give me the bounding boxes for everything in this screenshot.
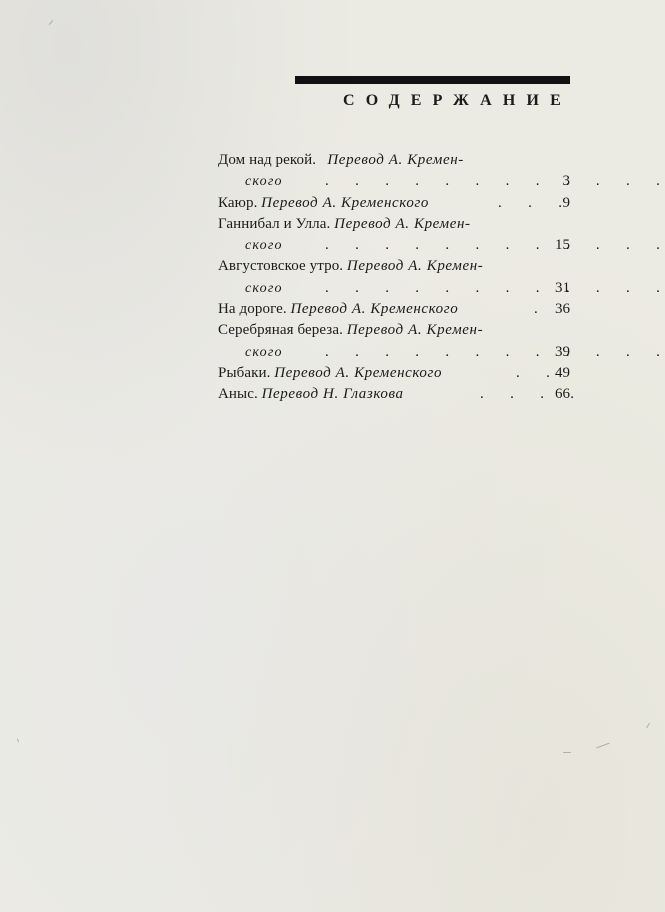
heading-rule <box>295 76 570 84</box>
toc-entry-continuation: ского . . . . . . . . . . . . 3 <box>218 171 570 192</box>
dot-leader: . . . . . . . . . . . . <box>325 342 665 363</box>
paper-background <box>0 0 665 912</box>
toc-entry-continuation: ского . . . . . . . . . . . . 39 <box>218 342 570 363</box>
toc-entry: Ганнибал и Улла. Перевод А. Кремен- <box>218 214 570 235</box>
table-of-contents: Дом над рекой. Перевод А. Кремен- ского … <box>218 150 570 406</box>
entry-title: Рыбаки. <box>218 365 270 381</box>
toc-entry: Каюр. Перевод А. Кременского . . . 9 <box>218 193 570 214</box>
entry-title: Ганнибал и Улла. <box>218 216 330 232</box>
dot-leader: . . . . . . . . . . . . <box>325 171 665 192</box>
page-number: 36 <box>555 299 570 320</box>
entry-translator-cont: ского <box>245 238 283 253</box>
toc-entry-continuation: ского . . . . . . . . . . . . 31 <box>218 278 570 299</box>
toc-entry: Дом над рекой. Перевод А. Кремен- <box>218 150 570 171</box>
dot-leader: . . . . . . . . . . . . <box>325 235 665 256</box>
entry-title: Дом над рекой. <box>218 152 316 168</box>
entry-title: Серебряная береза. <box>218 322 343 338</box>
entry-translator-cont: ского <box>245 345 283 360</box>
entry-translator: Перевод А. Кремен- <box>347 322 483 338</box>
page-number: 66 <box>555 384 570 405</box>
paper-speck <box>17 738 19 742</box>
page-number: 39 <box>555 342 570 363</box>
entry-translator-cont: ского <box>245 281 283 296</box>
entry-translator: Перевод А. Кременского <box>290 301 458 317</box>
toc-entry: На дороге. Перевод А. Кременского . 36 <box>218 299 570 320</box>
page-number: 9 <box>563 193 571 214</box>
entry-title: Каюр. <box>218 195 257 211</box>
entry-title: Аныс. <box>218 386 258 402</box>
page-number: 31 <box>555 278 570 299</box>
toc-entry-continuation: ского . . . . . . . . . . . . 15 <box>218 235 570 256</box>
entry-title: Августовское утро. <box>218 258 343 274</box>
toc-entry: Августовское утро. Перевод А. Кремен- <box>218 256 570 277</box>
paper-speck <box>563 752 571 753</box>
toc-entry: Рыбаки. Перевод А. Кременского . . 49 <box>218 363 570 384</box>
page-number: 3 <box>563 171 571 192</box>
dot-leader: . <box>534 299 549 320</box>
entry-translator: Перевод Н. Глазкова <box>262 386 404 402</box>
entry-translator: Перевод А. Кременского <box>274 365 442 381</box>
paper-speck <box>49 20 54 25</box>
entry-translator: Перевод А. Кремен- <box>327 152 463 168</box>
paper-speck <box>596 743 609 749</box>
entry-translator: Перевод А. Кремен- <box>347 258 483 274</box>
toc-entry: Аныс. Перевод Н. Глазкова . . . . 66 <box>218 384 570 405</box>
paper-speck <box>646 723 650 729</box>
entry-translator: Перевод А. Кременского <box>261 195 429 211</box>
page-title: СОДЕРЖАНИЕ <box>300 92 572 110</box>
dot-leader: . . . . . . . . . . . . <box>325 278 665 299</box>
toc-entry: Серебряная береза. Перевод А. Кремен- <box>218 320 570 341</box>
page-number: 15 <box>555 235 570 256</box>
page-number: 49 <box>555 363 570 384</box>
entry-translator-cont: ского <box>245 174 283 189</box>
entry-translator: Перевод А. Кремен- <box>334 216 470 232</box>
entry-title: На дороге. <box>218 301 287 317</box>
